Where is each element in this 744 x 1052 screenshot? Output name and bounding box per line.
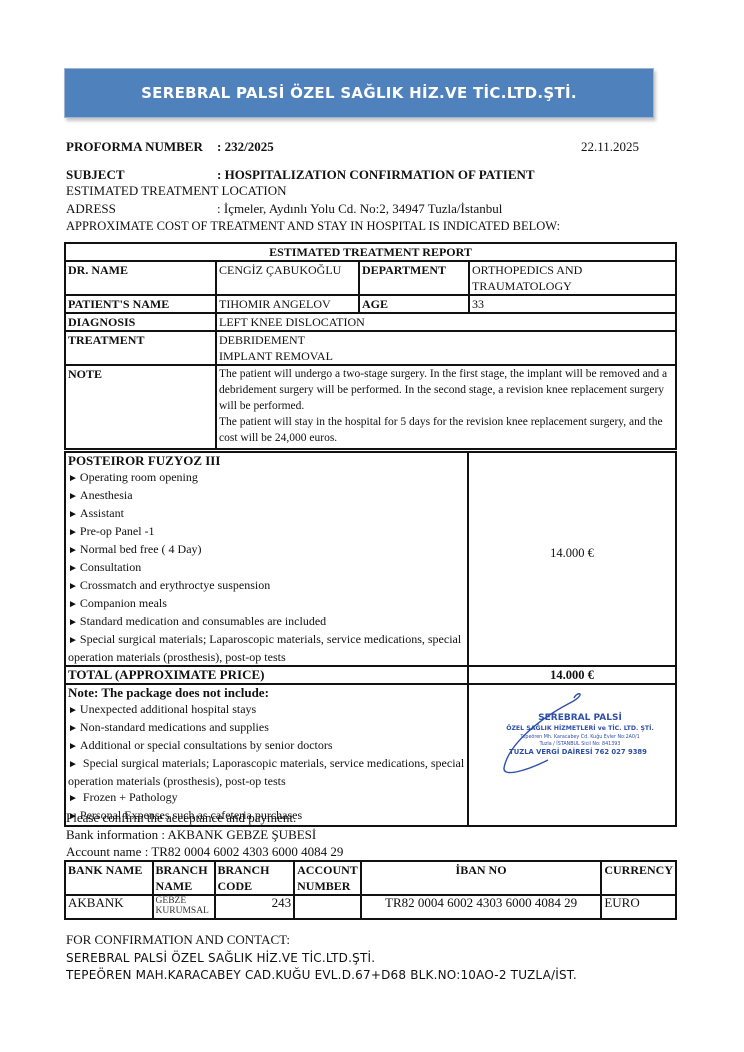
note-paragraph-1: The patient will undergo a two-stage sur… [219,366,673,414]
branch-code-header: BRANCH CODE [215,861,295,895]
list-item: ►Non-standard medications and supplies [68,719,465,737]
proforma-number-label: PROFORMA NUMBER [66,139,203,155]
treatment-value: DEBRIDEMENT IMPLANT REMOVAL [216,331,676,365]
svg-text:Tuzla / İSTANBUL Sicil No: 8: Tuzla / İSTANBUL Sicil No: 841393 [539,740,621,747]
age-value: 33 [469,295,676,313]
diagnosis-value: LEFT KNEE DISLOCATION [216,313,676,331]
bullet-arrow-icon: ► [68,617,78,628]
confirm-text: Please confirm the acceptance and paymen… [66,810,296,826]
svg-text:TUZLA VERGİ DAİRESİ 762 027 9: TUZLA VERGİ DAİRESİ 762 027 9389 [509,747,647,756]
address-value: : İçmeler, Aydınlı Yolu Cd. No:2, 34947 … [217,201,502,217]
stamp-signature-icon: SEREBRAL PALSİ ÖZEL SAĞLIK HİZMETLERİ ve… [498,690,658,780]
patient-name-value: TIHOMIR ANGELOV [216,295,359,313]
svg-text:Tepeören Mh. Karacabey Cd. Kuğ: Tepeören Mh. Karacabey Cd. Kuğu Evler No… [519,733,639,740]
exclusions-title: Note: The package does not include: [68,685,465,701]
branch-name-header-line-2: NAME [156,878,212,894]
note-label: NOTE [65,365,216,449]
age-label: AGE [359,295,469,313]
bullet-arrow-icon: ► [68,723,78,734]
bullet-arrow-icon: ► [68,527,78,538]
account-number-header: ACCOUNTNUMBER [294,861,361,895]
dr-name-value: CENGİZ ÇABUKOĞLU [216,261,359,295]
treatment-line-2: IMPLANT REMOVAL [219,348,673,364]
bullet-arrow-icon: ► [68,599,78,610]
patient-name-label: PATIENT'S NAME [65,295,216,313]
diagnosis-label: DIAGNOSIS [65,313,216,331]
branch-name-line-2: KURUMSAL [156,906,212,916]
list-item: ►Special surgical materials; Laparoscopi… [68,631,465,665]
list-item-text: Unexpected additional hospital stays [80,702,256,716]
branch-name-header-line-1: BRANCH [156,862,212,878]
company-banner: SEREBRAL PALSİ ÖZEL SAĞLIK HİZ.VE TİC.LT… [64,68,654,118]
company-stamp: SEREBRAL PALSİ ÖZEL SAĞLIK HİZMETLERİ ve… [498,690,658,780]
department-line-1: ORTHOPEDICS AND [472,262,673,278]
list-item-text: Consultation [80,560,141,574]
list-item-text: Frozen + Pathology [80,790,178,804]
currency-header: CURRENCY [601,861,676,895]
account-number-header-line-1: ACCOUNT [297,862,358,878]
list-item: ►Additional or special consultations by … [68,737,465,755]
bullet-arrow-icon: ► [68,705,78,716]
list-item: ► Special surgical materials; Laporascop… [68,755,465,789]
account-number-header-line-2: NUMBER [297,878,358,894]
package-price: 14.000 € [468,452,676,666]
svg-text:SEREBRAL PALSİ: SEREBRAL PALSİ [538,712,622,723]
footer-address: TEPEÖREN MAH.KARACABEY CAD.KUĞU EVL.D.67… [66,967,577,983]
svg-text:ÖZEL SAĞLIK HİZMETLERİ ve TİC.: ÖZEL SAĞLIK HİZMETLERİ ve TİC. LTD. ŞTİ. [506,723,654,732]
treatment-report-table: ESTIMATED TREATMENT REPORT DR. NAME CENG… [64,242,677,450]
account-number-value [294,895,361,919]
list-item: ►Anesthesia [68,487,465,505]
bank-table: BANK NAME BRANCHNAME BRANCH CODE ACCOUNT… [64,860,677,920]
list-item: ►Unexpected additional hospital stays [68,701,465,719]
bullet-arrow-icon: ► [68,581,78,592]
list-item: ► Frozen + Pathology [68,789,465,807]
document-date: 22.11.2025 [581,139,639,155]
department-value: ORTHOPEDICS AND TRAUMATOLOGY [469,261,676,295]
list-item-text: Operating room opening [80,470,198,484]
department-label: DEPARTMENT [359,261,469,295]
list-item-text: Companion meals [80,596,167,610]
list-item: ►Assistant [68,505,465,523]
list-item: ►Normal bed free ( 4 Day) [68,541,465,559]
proforma-number-value: : 232/2025 [217,139,274,155]
bullet-arrow-icon: ► [68,563,78,574]
note-paragraph-2: The patient will stay in the hospital fo… [219,414,673,446]
list-item-text: Assistant [80,506,124,520]
list-item-text: Normal bed free ( 4 Day) [80,542,202,556]
list-item: ►Standard medication and consumables are… [68,613,465,631]
bullet-arrow-icon: ► [68,759,78,770]
footer-company: SEREBRAL PALSİ ÖZEL SAĞLIK HİZ.VE TİC.LT… [66,950,375,966]
iban-value: TR82 0004 6002 4303 6000 4084 29 [361,895,602,919]
exclusions-list: ►Unexpected additional hospital stays►No… [68,701,465,825]
address-label: ADRESS [66,201,116,217]
bullet-arrow-icon: ► [68,741,78,752]
bank-name-value: AKBANK [65,895,153,919]
total-price: 14.000 € [468,666,676,684]
package-title: POSTEIROR FUZYOZ III [68,453,465,469]
department-line-2: TRAUMATOLOGY [472,278,673,294]
bullet-arrow-icon: ► [68,635,78,646]
subject-value: : HOSPITALIZATION CONFIRMATION OF PATIEN… [217,167,535,183]
bullet-arrow-icon: ► [68,491,78,502]
list-item: ►Operating room opening [68,469,465,487]
total-label: TOTAL (APPROXIMATE PRICE) [65,666,468,684]
bank-info: Bank information : AKBANK GEBZE ŞUBESİ [66,827,316,843]
iban-header: İBAN NO [361,861,602,895]
treatment-line-1: DEBRIDEMENT [219,332,673,348]
bullet-arrow-icon: ► [68,545,78,556]
branch-name-value: GEBZEKURUMSAL [153,895,215,919]
subject-label: SUBJECT [66,167,125,183]
branch-name-header: BRANCHNAME [153,861,215,895]
list-item-text: Pre-op Panel -1 [80,524,155,538]
bullet-arrow-icon: ► [68,793,78,804]
account-name: Account name : TR82 0004 6002 4303 6000 … [66,844,343,860]
branch-name-line-1: GEBZE [156,896,212,906]
package-inclusions: POSTEIROR FUZYOZ III ►Operating room ope… [65,452,468,666]
list-item-text: Crossmatch and erythroctye suspension [80,578,270,592]
package-exclusions: Note: The package does not include: ►Une… [65,684,468,826]
list-item-text: Special surgical materials; Laporascopic… [68,756,464,788]
list-item-text: Anesthesia [80,488,133,502]
dr-name-label: DR. NAME [65,261,216,295]
list-item: ►Consultation [68,559,465,577]
currency-value: EURO [601,895,676,919]
bank-name-header: BANK NAME [65,861,153,895]
treatment-label: TREATMENT [65,331,216,365]
contact-label: FOR CONFIRMATION AND CONTACT: [66,932,290,948]
report-title: ESTIMATED TREATMENT REPORT [65,243,676,261]
list-item-text: Special surgical materials; Laparoscopic… [68,632,461,664]
list-item: ►Pre-op Panel -1 [68,523,465,541]
company-banner-title: SEREBRAL PALSİ ÖZEL SAĞLIK HİZ.VE TİC.LT… [141,84,577,102]
list-item: ►Crossmatch and erythroctye suspension [68,577,465,595]
bullet-arrow-icon: ► [68,473,78,484]
list-item-text: Standard medication and consumables are … [80,614,326,628]
note-value: The patient will undergo a two-stage sur… [216,365,676,449]
package-items-list: ►Operating room opening►Anesthesia►Assis… [68,469,465,665]
branch-code-value: 243 [215,895,295,919]
cost-intro: APPROXIMATE COST OF TREATMENT AND STAY I… [66,218,560,234]
bullet-arrow-icon: ► [68,509,78,520]
list-item-text: Additional or special consultations by s… [80,738,333,752]
location-label: ESTIMATED TREATMENT LOCATION [66,183,287,199]
list-item-text: Non-standard medications and supplies [80,720,269,734]
list-item: ►Companion meals [68,595,465,613]
